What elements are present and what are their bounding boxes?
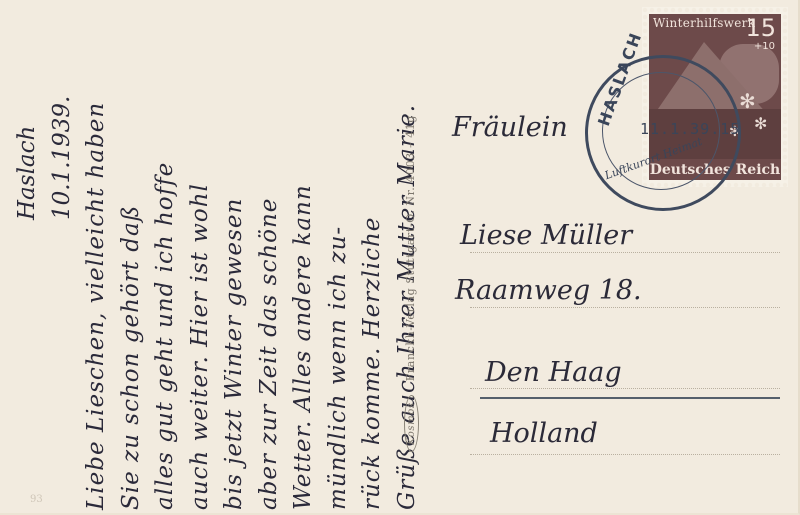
postmark: HASLACH 11.1.39.15 Luftkurort Heimat [585, 55, 741, 211]
message-line: Sie zu schon gehört daß [114, 10, 149, 510]
address-street: Raamweg 18. [455, 275, 642, 306]
handwritten-message: Haslach 10.1.1939. Liebe Lieschen, viell… [0, 0, 400, 515]
message-place-date: Haslach 10.1.1939. [10, 10, 79, 510]
message-line: alles gut geht und ich hoffe [148, 10, 183, 510]
address-line-rule [470, 454, 780, 455]
kosmos-logo-icon: Kosmos [404, 395, 419, 452]
message-line: auch weiter. Hier ist wohl [183, 10, 218, 510]
pencil-corner-mark: 93 [30, 494, 43, 505]
stamp-surcharge: +10 [754, 41, 775, 52]
stamp-title: Winterhilfswerk [653, 16, 755, 30]
address-city-underline [480, 397, 780, 399]
edelweiss-icon: ✻ [754, 114, 767, 133]
message-rotated-block: Haslach 10.1.1939. Liebe Lieschen, viell… [10, 10, 424, 510]
publisher-imprint: Kosmos Franckh-Verlag Stuttgart-O. Nr. 4… [404, 115, 419, 452]
address-salutation: Fräulein [452, 112, 568, 143]
address-city: Den Haag [485, 357, 622, 388]
edelweiss-icon: ✻ [739, 89, 756, 113]
address-name: Liese Müller [460, 220, 632, 251]
stamp-value: 15 [745, 14, 776, 42]
message-line: bis jetzt Winter gewesen [217, 10, 252, 510]
message-line: Wetter. Alles andere kann [286, 10, 321, 510]
postcard-back: Haslach 10.1.1939. Liebe Lieschen, viell… [0, 0, 800, 515]
postmark-date: 11.1.39.15 [640, 120, 740, 138]
address-country: Holland [490, 418, 598, 449]
address-line-rule [470, 252, 780, 253]
address-line-rule [470, 388, 780, 389]
message-line: rück komme. Herzliche [355, 10, 390, 510]
address-line-rule [470, 307, 780, 308]
publisher-text: Franckh-Verlag Stuttgart-O. Nr. 4003 – 4… [404, 115, 417, 381]
message-line: aber zur Zeit das schöne [252, 10, 287, 510]
message-line: Liebe Lieschen, vielleicht haben [79, 10, 114, 510]
message-line: mündlich wenn ich zu- [321, 10, 356, 510]
